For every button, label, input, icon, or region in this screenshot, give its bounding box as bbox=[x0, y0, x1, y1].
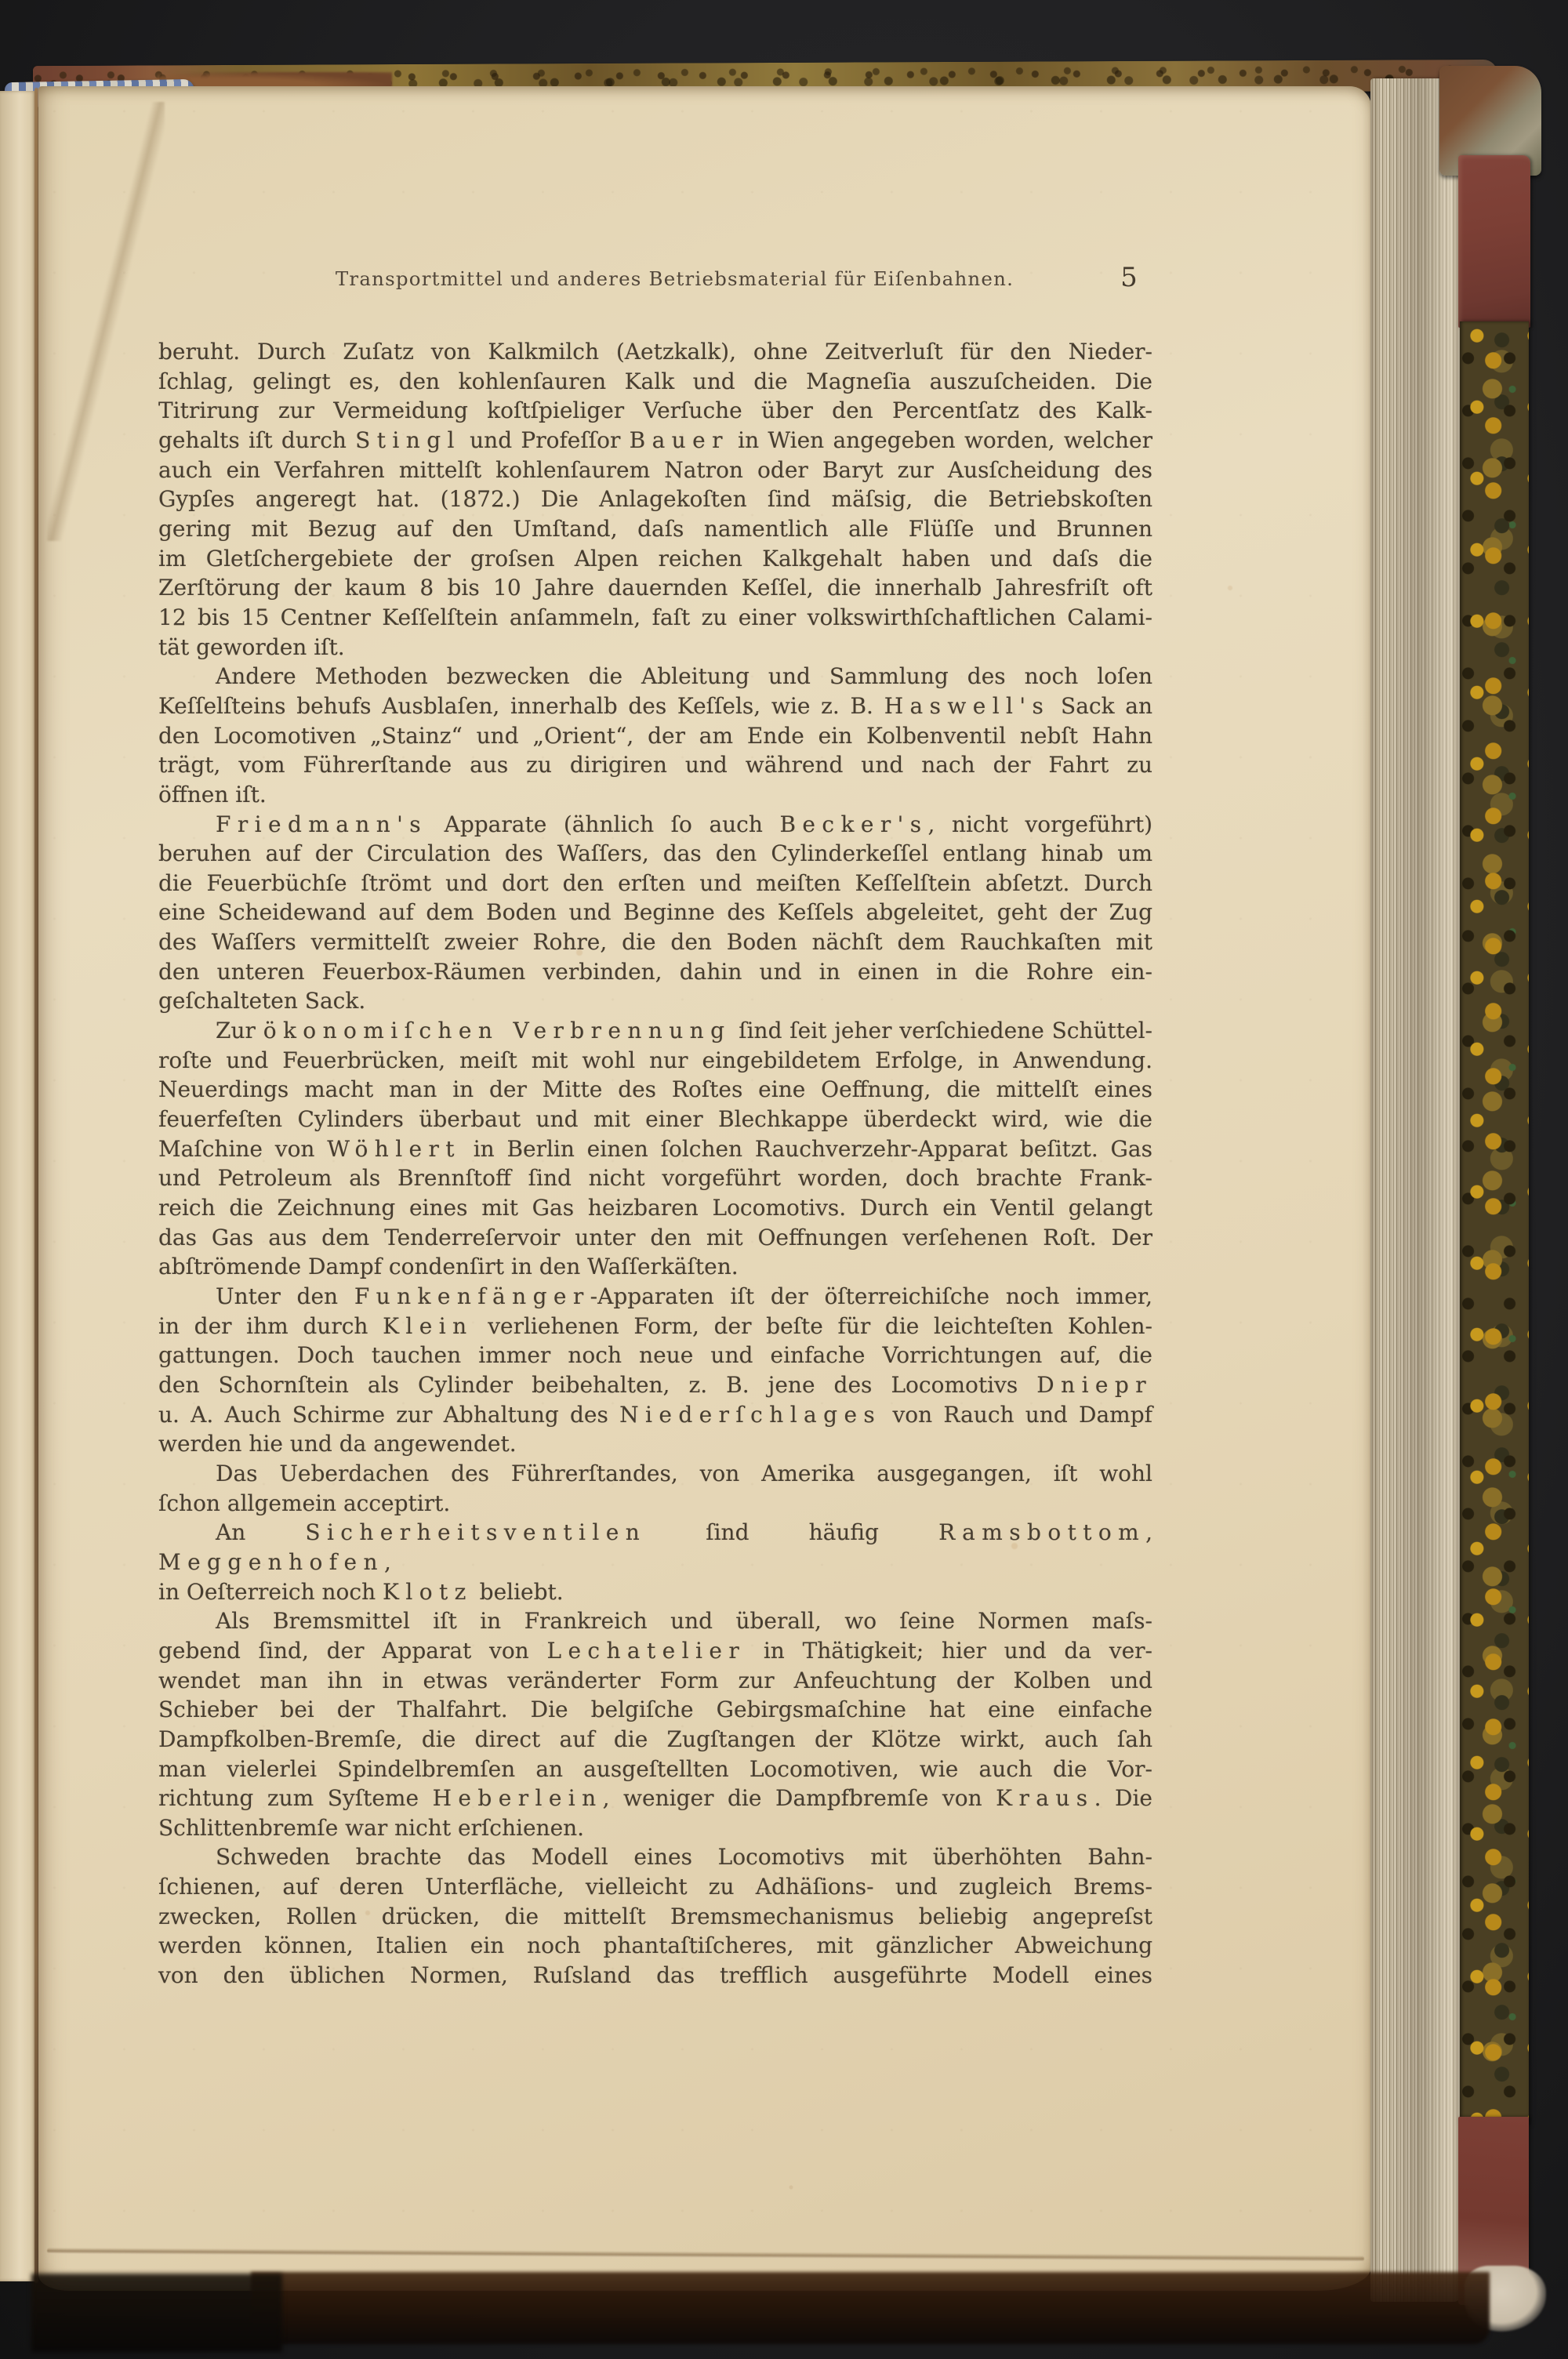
text-line: und Petroleum als Brennſtoff ſind nicht … bbox=[158, 1163, 1152, 1193]
fore-edge-pages bbox=[1370, 78, 1461, 2302]
text-line: Schieber bei der Thalfahrt. Die belgiſch… bbox=[158, 1695, 1152, 1725]
emphasized-name: Heberlein bbox=[433, 1785, 603, 1811]
emphasized-name: Friedmann's bbox=[216, 811, 427, 837]
cover-leather-top bbox=[1458, 155, 1530, 328]
text-line: Andere Methoden bezwecken die Ableitung … bbox=[158, 662, 1152, 691]
emphasized-name: Becker's bbox=[779, 811, 927, 837]
emphasized-name: Sicherheitsventilen bbox=[305, 1519, 646, 1545]
text-line: von den üblichen Normen, Ruſsland das tr… bbox=[158, 1961, 1152, 1991]
text-line: die Feuerbüchſe ſtrömt und dort den erſt… bbox=[158, 869, 1152, 898]
emphasized-name: ökonomiſchen Verbrennung bbox=[263, 1018, 731, 1043]
emphasized-name: Klotz bbox=[383, 1579, 473, 1605]
text-line: den unteren Feuerbox-Räumen verbinden, d… bbox=[158, 957, 1152, 987]
text-line: beruhen auf der Circulation des Waſſers,… bbox=[158, 839, 1152, 869]
book-page: Transportmittel und anderes Betriebsmate… bbox=[38, 86, 1371, 2291]
text-line: u. A. Auch Schirme zur Abhaltung des Nie… bbox=[158, 1400, 1152, 1430]
text-line: Keſſelſteins behufs Ausblaſen, innerhalb… bbox=[158, 691, 1152, 721]
text-line: gattungen. Doch tauchen immer noch neue … bbox=[158, 1341, 1152, 1370]
page-number: 5 bbox=[1105, 262, 1152, 299]
text-line: Gypſes angeregt hat. (1872.) Die Anlagek… bbox=[158, 485, 1152, 514]
previous-page-sliver bbox=[0, 91, 36, 2281]
text-line: Zur ökonomiſchen Verbrennung ſind ſeit j… bbox=[158, 1016, 1152, 1046]
text-line: das Gas aus dem Tenderreſervoir unter de… bbox=[158, 1223, 1152, 1253]
emphasized-name: Stingl bbox=[355, 427, 461, 453]
text-line: abſtrömende Dampf condenſirt in den Waſſ… bbox=[158, 1252, 1152, 1282]
emphasized-name: Funkenfänger bbox=[354, 1283, 590, 1309]
text-line: des Waſſers vermittelſt zweier Rohre, di… bbox=[158, 927, 1152, 957]
text-line: wendet man ihn in etwas veränderter Form… bbox=[158, 1666, 1152, 1696]
emphasized-name: Kraus bbox=[996, 1785, 1094, 1811]
text-line: Als Bremsmittel iſt in Frankreich und üb… bbox=[158, 1606, 1152, 1636]
emphasized-name: Haswell's bbox=[884, 693, 1051, 719]
text-line: trägt, vom Führerſtande aus zu dirigiren… bbox=[158, 750, 1152, 780]
text-line: öffnen iſt. bbox=[158, 780, 1152, 810]
text-line: werden hie und da angewendet. bbox=[158, 1429, 1152, 1459]
text-line: geſchalteten Sack. bbox=[158, 986, 1152, 1016]
text-line: gering mit Bezug auf den Umſtand, daſs n… bbox=[158, 514, 1152, 544]
page-crease-top bbox=[47, 102, 165, 541]
text-line: Schweden brachte das Modell eines Locomo… bbox=[158, 1842, 1152, 1872]
text-line: im Gletſchergebiete der groſsen Alpen re… bbox=[158, 544, 1152, 574]
text-line: zwecken, Rollen drücken, die mittelſt Br… bbox=[158, 1902, 1152, 1932]
text-line: Friedmann's Apparate (ähnlich ſo auch Be… bbox=[158, 810, 1152, 840]
text-line: ſchlag, gelingt es, den kohlenſauren Kal… bbox=[158, 367, 1152, 397]
running-header: Transportmittel und anderes Betriebsmate… bbox=[197, 267, 1152, 299]
text-line: in der ihm durch Klein verliehenen Form,… bbox=[158, 1312, 1152, 1341]
emphasized-name: Niederſchlages bbox=[619, 1402, 881, 1428]
text-line: ſchienen, auf deren Unterfläche, viellei… bbox=[158, 1872, 1152, 1902]
text-line: Unter den Funkenfänger-Apparaten iſt der… bbox=[158, 1282, 1152, 1312]
text-line: An Sicherheitsventilen ſind häufig Ramsb… bbox=[158, 1518, 1152, 1577]
book-bottom-shadow bbox=[251, 2272, 1490, 2344]
text-line: ſchon allgemein acceptirt. bbox=[158, 1489, 1152, 1519]
emphasized-name: Klein bbox=[383, 1313, 473, 1339]
text-line: 12 bis 15 Centner Keſſelſtein anſammeln,… bbox=[158, 603, 1152, 633]
text-line: Neuerdings macht man in der Mitte des Ro… bbox=[158, 1075, 1152, 1105]
emphasized-name: Meggenhofen bbox=[158, 1549, 384, 1575]
text-line: in Oeſterreich noch Klotz beliebt. bbox=[158, 1577, 1152, 1607]
text-line: eine Scheidewand auf dem Boden und Begin… bbox=[158, 898, 1152, 927]
emphasized-name: Wöhlert bbox=[327, 1136, 461, 1162]
text-line: richtung zum Syſteme Heberlein, weniger … bbox=[158, 1784, 1152, 1813]
text-line: tät geworden iſt. bbox=[158, 633, 1152, 662]
emphasized-name: Bauer bbox=[630, 427, 729, 453]
text-line: Titrirung zur Vermeidung koſtſpieliger V… bbox=[158, 396, 1152, 426]
text-line: den Schornſtein als Cylinder beibehalten… bbox=[158, 1370, 1152, 1400]
text-line: reich die Zeichnung eines mit Gas heizba… bbox=[158, 1193, 1152, 1223]
text-line: Schlittenbremſe war nicht erſchienen. bbox=[158, 1813, 1152, 1843]
emphasized-name: Dniepr bbox=[1036, 1372, 1152, 1398]
text-block: beruht. Durch Zuſatz von Kalkmilch (Aetz… bbox=[158, 337, 1152, 1991]
text-line: Zerſtörung der kaum 8 bis 10 Jahre dauer… bbox=[158, 573, 1152, 603]
cover-marbled-strip bbox=[1460, 321, 1529, 2125]
text-line: gehalts iſt durch Stingl und Profeſſor B… bbox=[158, 426, 1152, 455]
text-line: werden können, Italien ein noch phantaſt… bbox=[158, 1931, 1152, 1961]
text-line: gebend ſind, der Apparat von Lechatelier… bbox=[158, 1636, 1152, 1666]
text-line: Das Ueberdachen des Führerſtandes, von A… bbox=[158, 1459, 1152, 1489]
text-line: beruht. Durch Zuſatz von Kalkmilch (Aetz… bbox=[158, 337, 1152, 367]
text-line: Dampfkolben-Bremſe, die direct auf die Z… bbox=[158, 1725, 1152, 1755]
text-line: roſte und Feuerbrücken, meiſt mit wohl n… bbox=[158, 1046, 1152, 1076]
emphasized-name: Ramsbottom bbox=[938, 1519, 1145, 1545]
table-shadow bbox=[31, 2274, 282, 2352]
text-line: den Locomotiven „Stainz“ und „Orient“, d… bbox=[158, 721, 1152, 751]
text-line: feuerfeſten Cylinders überbaut und mit e… bbox=[158, 1105, 1152, 1134]
photo-of-book-page: { "page": { "header": "Transportmittel u… bbox=[0, 0, 1568, 2359]
text-line: auch ein Verfahren mittelſt kohlenſaurem… bbox=[158, 455, 1152, 485]
emphasized-name: Lechatelier bbox=[546, 1638, 746, 1664]
text-line: Maſchine von Wöhlert in Berlin einen ſol… bbox=[158, 1134, 1152, 1164]
text-line: man vielerlei Spindelbremſen an ausgeſte… bbox=[158, 1755, 1152, 1784]
